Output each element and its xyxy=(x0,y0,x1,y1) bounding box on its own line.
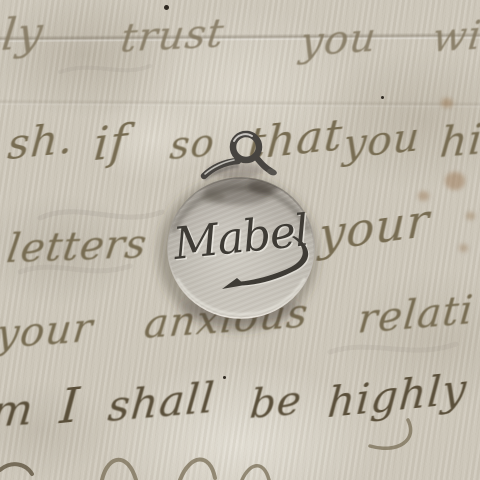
partial-handwriting-strokes xyxy=(0,420,411,480)
pendant-bail xyxy=(204,134,278,180)
pendant-artwork: Mabel Mabel xyxy=(0,0,480,480)
photo-of-pendant-on-letter: ely trust you wi sh. if so that you hi l… xyxy=(0,0,480,480)
tarnish-smudge xyxy=(201,191,225,203)
